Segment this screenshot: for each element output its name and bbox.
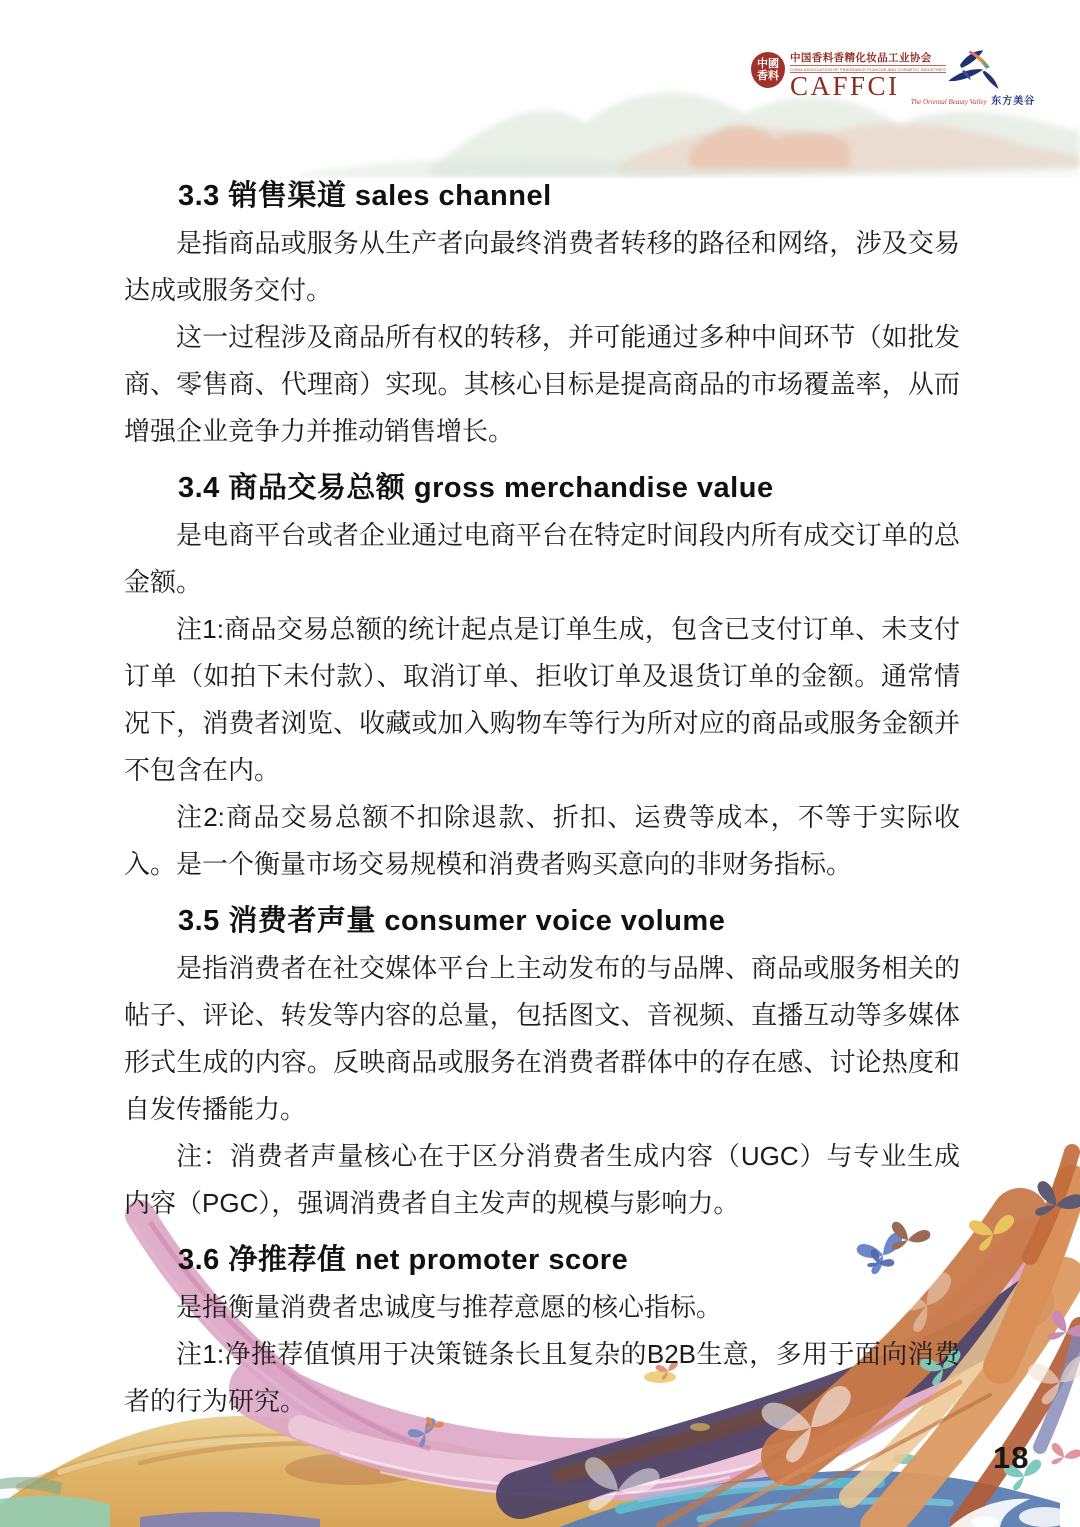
section-3-3: 3.3 销售渠道 sales channel 是指商品或服务从生产者向最终消费者… xyxy=(124,173,960,455)
obv-logo-text: The Oriental Beauty Valley 东方美谷 xyxy=(911,91,1035,109)
section-3-6-heading: 3.6 净推荐值 net promoter score xyxy=(178,1237,960,1284)
section-3-4-heading: 3.4 商品交易总额 gross merchandise value xyxy=(178,465,960,512)
caffci-seal-icon: 中國 香料 xyxy=(751,52,785,88)
section-3-5-heading: 3.5 消费者声量 consumer voice volume xyxy=(178,898,960,945)
document-page: 中國 香料 中国香料香精化妆品工业协会 CHINA ASSOCIATION OF… xyxy=(0,0,1080,1527)
section-3-5: 3.5 消费者声量 consumer voice volume 是指消费者在社交… xyxy=(124,898,960,1227)
seal-text-top: 中國 xyxy=(757,58,779,70)
obv-name-cn: 东方美谷 xyxy=(991,96,1035,107)
page-header: 中國 香料 中国香料香精化妆品工业协会 CHINA ASSOCIATION OF… xyxy=(0,0,1080,170)
section-3-6-paragraph-1: 是指衡量消费者忠诚度与推荐意愿的核心指标。 xyxy=(124,1284,960,1331)
section-3-6-note-1: 注1:净推荐值慎用于决策链条长且复杂的B2B生意，多用于面向消费者的行为研究。 xyxy=(124,1331,960,1425)
seal-text-bottom: 香料 xyxy=(757,70,779,82)
section-3-3-heading: 3.3 销售渠道 sales channel xyxy=(178,173,960,220)
section-3-3-paragraph-2: 这一过程涉及商品所有权的转移，并可能通过多种中间环节（如批发商、零售商、代理商）… xyxy=(124,314,960,455)
section-3-5-paragraph-1: 是指消费者在社交媒体平台上主动发布的与品牌、商品或服务相关的帖子、评论、转发等内… xyxy=(124,945,960,1133)
section-3-4-paragraph-1: 是电商平台或者企业通过电商平台在特定时间段内所有成交订单的总金额。 xyxy=(124,512,960,606)
section-3-4: 3.4 商品交易总额 gross merchandise value 是电商平台… xyxy=(124,465,960,888)
caffci-acronym: CAFFCI xyxy=(790,73,900,100)
obv-brush-icon xyxy=(944,46,1002,90)
document-content: 3.3 销售渠道 sales channel 是指商品或服务从生产者向最终消费者… xyxy=(124,163,960,1425)
section-3-6: 3.6 净推荐值 net promoter score 是指衡量消费者忠诚度与推… xyxy=(124,1237,960,1425)
obv-tagline-en: The Oriental Beauty Valley xyxy=(911,98,987,106)
oriental-beauty-valley-logo: The Oriental Beauty Valley 东方美谷 xyxy=(908,46,1038,109)
section-3-4-note-2: 注2:商品交易总额不扣除退款、折扣、运费等成本，不等于实际收入。是一个衡量市场交… xyxy=(124,794,960,888)
page-number: 18 xyxy=(993,1440,1029,1476)
section-3-5-note: 注：消费者声量核心在于区分消费者生成内容（UGC）与专业生成内容（PGC），强调… xyxy=(124,1133,960,1227)
section-3-3-paragraph-1: 是指商品或服务从生产者向最终消费者转移的路径和网络，涉及交易达成或服务交付。 xyxy=(124,220,960,314)
section-3-4-note-1: 注1:商品交易总额的统计起点是订单生成，包含已支付订单、未支付订单（如拍下未付款… xyxy=(124,606,960,794)
